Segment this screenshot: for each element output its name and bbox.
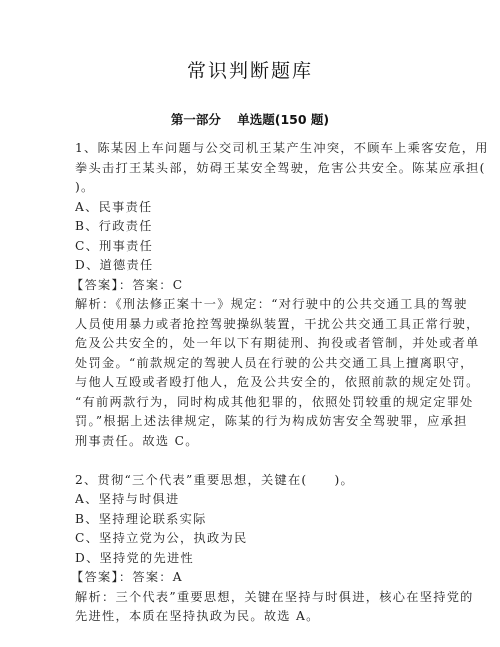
option-c: C、坚持立党为公，执政为民 [75,529,489,549]
option-c: C、刑事责任 [75,237,489,257]
analysis-line: 危及公共安全的，处一年以下有期徒刑、拘役或者管制，并处或者单 [75,334,489,354]
question-stem-line: 拳头击打王某头部，妨碍王某安全驾驶，危害公共安全。陈某应承担( [75,159,489,179]
question-2: 2、贯彻“三个代表”重要思想，关键在( )。 A、坚持与时俱进 B、坚持理论联系… [75,471,489,627]
analysis-line: 处罚金。“前款规定的驾驶人员在行驶的公共交通工具上擅离职守， [75,354,489,374]
option-d: D、坚持党的先进性 [75,549,489,569]
analysis-line: 解析：《刑法修正案十一》规定：“对行驶中的公共交通工具的驾驶 [75,295,489,315]
option-b: B、坚持理论联系实际 [75,510,489,530]
analysis-line: 罚。”根据上述法律规定，陈某的行为构成妨害安全驾驶罪，应承担 [75,412,489,432]
question-stem-line: 1、陈某因上车问题与公交司机王某产生冲突，不顾车上乘客安危，用 [75,139,489,159]
option-b: B、行政责任 [75,217,489,237]
analysis-line: 刑事责任。故选 C。 [75,432,489,452]
analysis-line: 与他人互殴或者殴打他人，危及公共安全的，依照前款的规定处罚。 [75,373,489,393]
section-part: 第一部分 [171,112,221,127]
question-stem-line: 2、贯彻“三个代表”重要思想，关键在( )。 [75,471,489,491]
option-a: A、坚持与时俱进 [75,490,489,510]
section-name: 单选题(150 题) [237,112,329,127]
answer-label: 【答案】：答案：A [71,568,489,588]
option-a: A、民事责任 [75,198,489,218]
analysis-line: 解析：三个代表”重要思想，关键在坚持与时俱进，核心在坚持党的 [75,588,489,608]
analysis-line: “有前两款行为，同时构成其他犯罪的，依照处罚较重的规定定罪处 [75,393,489,413]
question-1: 1、陈某因上车问题与公交司机王某产生冲突，不顾车上乘客安危，用 拳头击打王某头部… [75,139,489,451]
question-stem-line: )。 [75,178,489,198]
option-d: D、道德责任 [75,256,489,276]
question-spacer [75,451,489,471]
document-title: 常识判断题库 [0,56,500,83]
question-list: 1、陈某因上车问题与公交司机王某产生冲突，不顾车上乘客安危，用 拳头击打王某头部… [75,139,489,627]
answer-label: 【答案】：答案：C [71,276,489,296]
section-heading: 第一部分 单选题(150 题) [0,110,500,128]
analysis-line: 人员使用暴力或者抢控驾驶操纵装置，干扰公共交通工具正常行驶， [75,315,489,335]
analysis-line: 先进性，本质在坚持执政为民。故选 A。 [75,607,489,627]
